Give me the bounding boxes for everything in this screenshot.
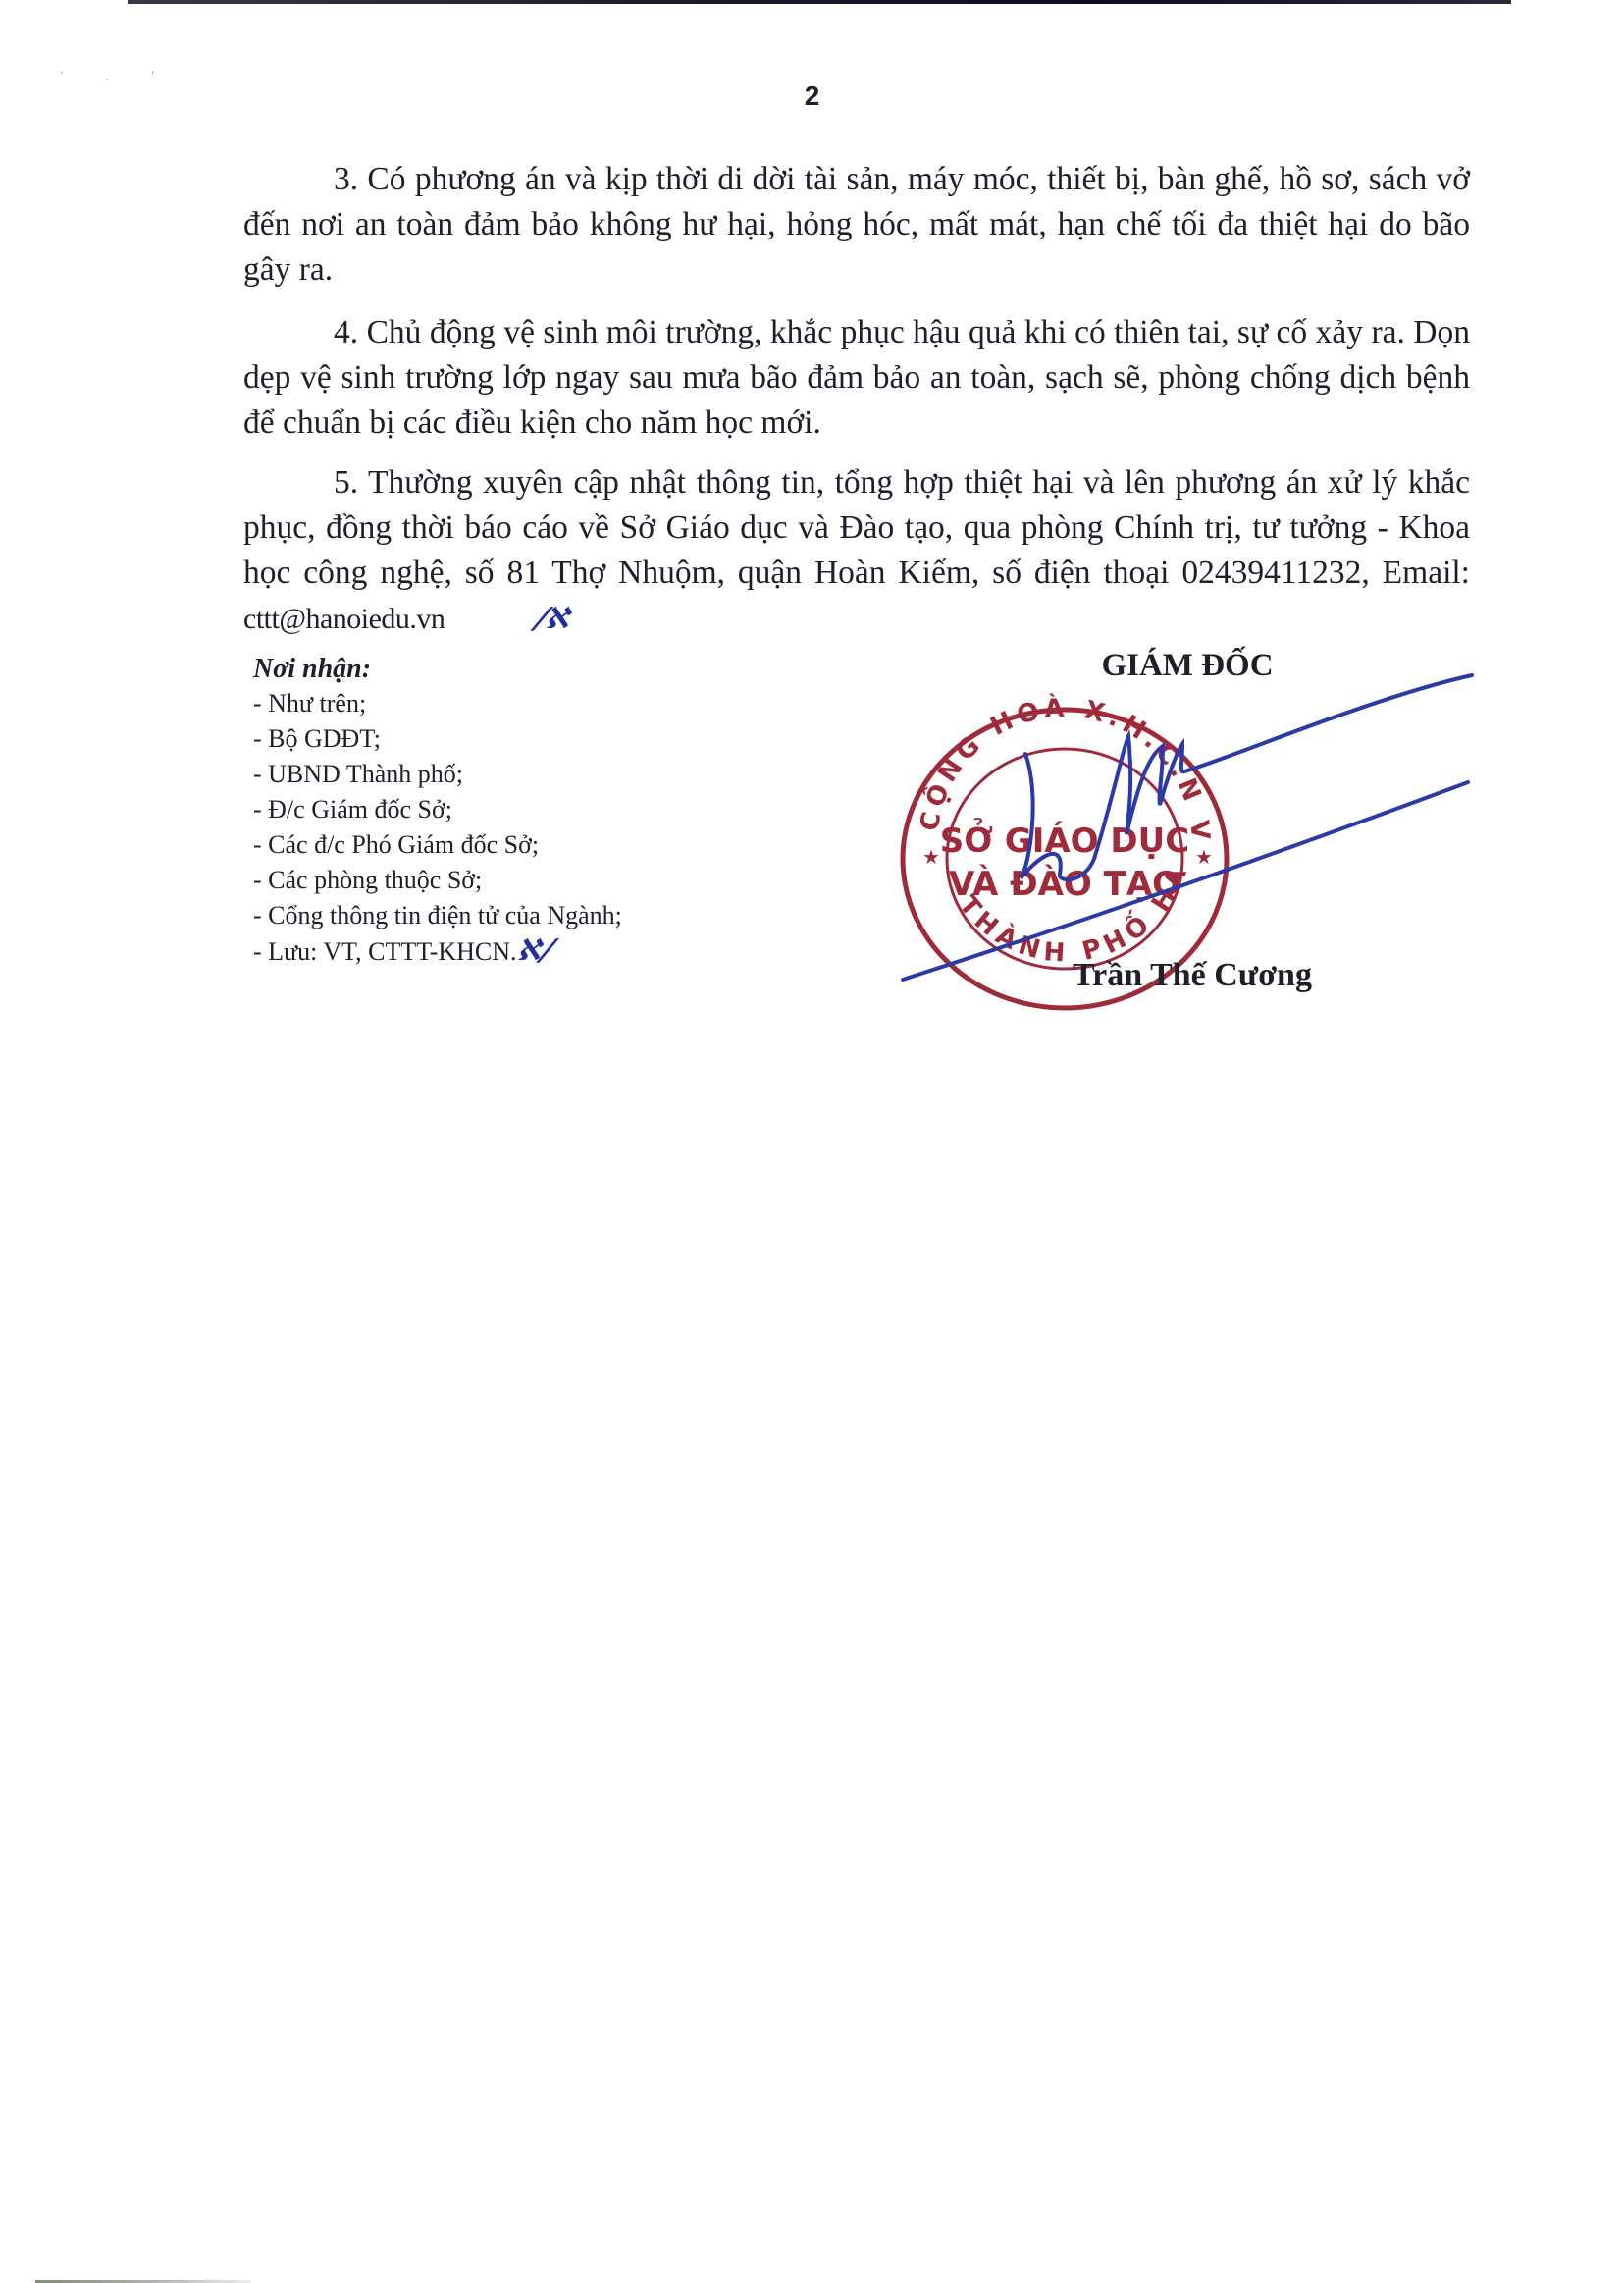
recipients-list: - Như trên; - Bộ GDĐT; - UBND Thành phố;… — [253, 686, 622, 970]
recipient-item: - Đ/c Giám đốc Sở; — [253, 792, 622, 827]
recipient-item-text: - Lưu: VT, CTTT-KHCN. — [253, 937, 517, 966]
paragraph-4: 4. Chủ động vệ sinh môi trường, khắc phụ… — [243, 310, 1470, 461]
recipient-item: - Các đ/c Phó Giám đốc Sở; — [253, 827, 622, 863]
recipient-item: - Như trên; — [253, 686, 622, 721]
handwritten-initial-icon: /ℵ — [440, 597, 579, 642]
paragraph-3: 3. Có phương án và kịp thời di dời tài s… — [243, 157, 1470, 308]
recipient-item: - Các phòng thuộc Sở; — [253, 863, 622, 898]
email-link[interactable]: cttt@hanoiedu.vn — [243, 603, 445, 635]
paragraph-5: 5. Thường xuyên cập nhật thông tin, tổng… — [243, 460, 1470, 658]
scan-top-edge — [128, 0, 1511, 4]
recipients-block: Nơi nhận: - Như trên; - Bộ GDĐT; - UBND … — [253, 653, 622, 970]
svg-text:★: ★ — [1195, 845, 1213, 869]
handwritten-initial-icon: ℵ/ — [513, 933, 558, 969]
recipients-title: Nơi nhận: — [253, 653, 622, 686]
paragraph-text: 5. Thường xuyên cập nhật thông tin, tổng… — [243, 460, 1470, 642]
stamp-center-line1: SỞ GIÁO DỤC — [940, 818, 1189, 861]
paragraph-5-text: 5. Thường xuyên cập nhật thông tin, tổng… — [243, 464, 1470, 591]
recipient-item: - Cổng thông tin điện tử của Ngành; — [253, 898, 622, 933]
recipient-item: - Lưu: VT, CTTT-KHCN.ℵ/ — [253, 933, 622, 970]
svg-text:★: ★ — [922, 845, 940, 869]
paragraph-text: 3. Có phương án và kịp thời di dời tài s… — [243, 157, 1470, 292]
recipient-item: - Bộ GDĐT; — [253, 721, 622, 757]
page-number: 2 — [0, 80, 1624, 112]
paragraph-text: 4. Chủ động vệ sinh môi trường, khắc phụ… — [243, 310, 1470, 446]
signer-name: Trần Thế Cương — [1011, 957, 1374, 994]
recipient-item: - UBND Thành phố; — [253, 757, 622, 792]
